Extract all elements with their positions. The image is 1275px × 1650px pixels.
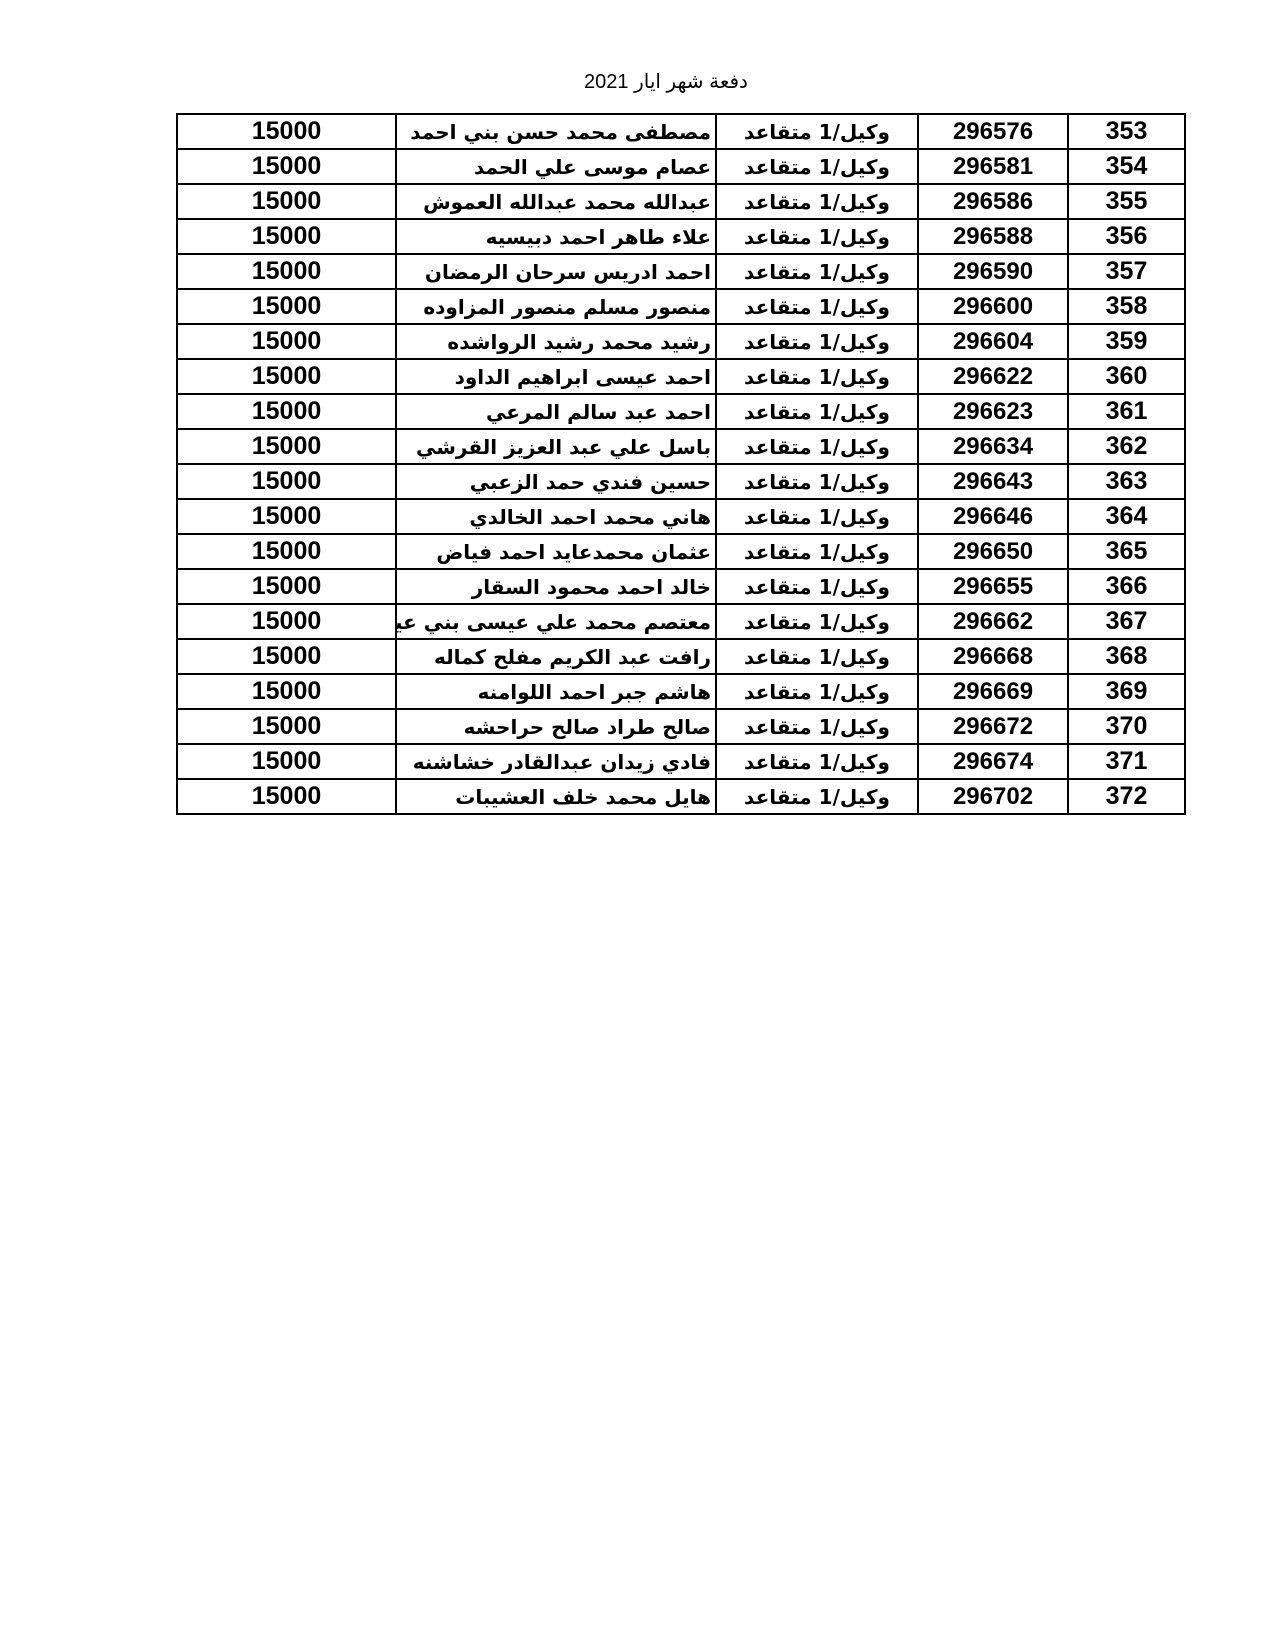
id-cell: 296672 bbox=[918, 709, 1068, 744]
amount-cell: 15000 bbox=[177, 289, 396, 324]
table-row: 15000هايل محمد خلف العشيباتوكيل/1 متقاعد… bbox=[177, 779, 1185, 814]
type-cell: وكيل/1 متقاعد bbox=[716, 429, 918, 464]
name-cell: معتصم محمد علي عيسى بني عيسى bbox=[396, 604, 716, 639]
type-cell: وكيل/1 متقاعد bbox=[716, 289, 918, 324]
table-row: 15000معتصم محمد علي عيسى بني عيسىوكيل/1 … bbox=[177, 604, 1185, 639]
amount-cell: 15000 bbox=[177, 674, 396, 709]
amount-cell: 15000 bbox=[177, 324, 396, 359]
id-cell: 296622 bbox=[918, 359, 1068, 394]
type-cell: وكيل/1 متقاعد bbox=[716, 114, 918, 149]
row-number-cell: 365 bbox=[1068, 534, 1185, 569]
table-row: 15000منصور مسلم منصور المزاودهوكيل/1 متق… bbox=[177, 289, 1185, 324]
type-cell: وكيل/1 متقاعد bbox=[716, 499, 918, 534]
type-cell: وكيل/1 متقاعد bbox=[716, 604, 918, 639]
table-row: 15000فادي زيدان عبدالقادر خشاشنهوكيل/1 م… bbox=[177, 744, 1185, 779]
type-cell: وكيل/1 متقاعد bbox=[716, 324, 918, 359]
id-cell: 296604 bbox=[918, 324, 1068, 359]
row-number-cell: 353 bbox=[1068, 114, 1185, 149]
id-cell: 296586 bbox=[918, 184, 1068, 219]
type-cell: وكيل/1 متقاعد bbox=[716, 464, 918, 499]
type-cell: وكيل/1 متقاعد bbox=[716, 184, 918, 219]
name-cell: مصطفى محمد حسن بني احمد bbox=[396, 114, 716, 149]
name-cell: رافت عبد الكريم مفلح كماله bbox=[396, 639, 716, 674]
type-cell: وكيل/1 متقاعد bbox=[716, 149, 918, 184]
id-cell: 296643 bbox=[918, 464, 1068, 499]
type-cell: وكيل/1 متقاعد bbox=[716, 709, 918, 744]
name-cell: احمد ادريس سرحان الرمضان bbox=[396, 254, 716, 289]
amount-cell: 15000 bbox=[177, 534, 396, 569]
id-cell: 296588 bbox=[918, 219, 1068, 254]
row-number-cell: 357 bbox=[1068, 254, 1185, 289]
name-cell: هايل محمد خلف العشيبات bbox=[396, 779, 716, 814]
table-row: 15000هاني محمد احمد الخالديوكيل/1 متقاعد… bbox=[177, 499, 1185, 534]
table-row: 15000رشيد محمد رشيد الرواشدهوكيل/1 متقاع… bbox=[177, 324, 1185, 359]
amount-cell: 15000 bbox=[177, 499, 396, 534]
name-cell: منصور مسلم منصور المزاوده bbox=[396, 289, 716, 324]
name-cell: احمد عبد سالم المرعي bbox=[396, 394, 716, 429]
row-number-cell: 354 bbox=[1068, 149, 1185, 184]
name-cell: خالد احمد محمود السقار bbox=[396, 569, 716, 604]
type-cell: وكيل/1 متقاعد bbox=[716, 359, 918, 394]
row-number-cell: 371 bbox=[1068, 744, 1185, 779]
type-cell: وكيل/1 متقاعد bbox=[716, 394, 918, 429]
type-cell: وكيل/1 متقاعد bbox=[716, 219, 918, 254]
id-cell: 296623 bbox=[918, 394, 1068, 429]
amount-cell: 15000 bbox=[177, 429, 396, 464]
row-number-cell: 363 bbox=[1068, 464, 1185, 499]
table-row: 15000هاشم جبر احمد اللوامنهوكيل/1 متقاعد… bbox=[177, 674, 1185, 709]
amount-cell: 15000 bbox=[177, 709, 396, 744]
type-cell: وكيل/1 متقاعد bbox=[716, 779, 918, 814]
id-cell: 296650 bbox=[918, 534, 1068, 569]
payment-table-body: 15000مصطفى محمد حسن بني احمدوكيل/1 متقاع… bbox=[177, 114, 1185, 814]
amount-cell: 15000 bbox=[177, 219, 396, 254]
id-cell: 296674 bbox=[918, 744, 1068, 779]
amount-cell: 15000 bbox=[177, 744, 396, 779]
name-cell: هاني محمد احمد الخالدي bbox=[396, 499, 716, 534]
id-cell: 296646 bbox=[918, 499, 1068, 534]
row-number-cell: 355 bbox=[1068, 184, 1185, 219]
type-cell: وكيل/1 متقاعد bbox=[716, 674, 918, 709]
id-cell: 296581 bbox=[918, 149, 1068, 184]
name-cell: باسل علي عبد العزيز القرشي bbox=[396, 429, 716, 464]
amount-cell: 15000 bbox=[177, 779, 396, 814]
row-number-cell: 361 bbox=[1068, 394, 1185, 429]
name-cell: عصام موسى علي الحمد bbox=[396, 149, 716, 184]
type-cell: وكيل/1 متقاعد bbox=[716, 744, 918, 779]
name-cell: فادي زيدان عبدالقادر خشاشنه bbox=[396, 744, 716, 779]
id-cell: 296662 bbox=[918, 604, 1068, 639]
name-cell: حسين فندي حمد الزعبي bbox=[396, 464, 716, 499]
id-cell: 296668 bbox=[918, 639, 1068, 674]
name-cell: عثمان محمدعايد احمد فياض bbox=[396, 534, 716, 569]
amount-cell: 15000 bbox=[177, 359, 396, 394]
amount-cell: 15000 bbox=[177, 114, 396, 149]
name-cell: صالح طراد صالح حراحشه bbox=[396, 709, 716, 744]
amount-cell: 15000 bbox=[177, 604, 396, 639]
name-cell: عبدالله محمد عبدالله العموش bbox=[396, 184, 716, 219]
table-row: 15000علاء طاهر احمد دبيسيهوكيل/1 متقاعد2… bbox=[177, 219, 1185, 254]
table-row: 15000رافت عبد الكريم مفلح كمالهوكيل/1 مت… bbox=[177, 639, 1185, 674]
row-number-cell: 360 bbox=[1068, 359, 1185, 394]
amount-cell: 15000 bbox=[177, 184, 396, 219]
table-row: 15000عثمان محمدعايد احمد فياضوكيل/1 متقا… bbox=[177, 534, 1185, 569]
type-cell: وكيل/1 متقاعد bbox=[716, 569, 918, 604]
name-cell: رشيد محمد رشيد الرواشده bbox=[396, 324, 716, 359]
row-number-cell: 364 bbox=[1068, 499, 1185, 534]
row-number-cell: 366 bbox=[1068, 569, 1185, 604]
row-number-cell: 368 bbox=[1068, 639, 1185, 674]
payment-table: 15000مصطفى محمد حسن بني احمدوكيل/1 متقاع… bbox=[176, 113, 1186, 815]
table-row: 15000عصام موسى علي الحمدوكيل/1 متقاعد296… bbox=[177, 149, 1185, 184]
type-cell: وكيل/1 متقاعد bbox=[716, 639, 918, 674]
row-number-cell: 356 bbox=[1068, 219, 1185, 254]
table-row: 15000احمد عبد سالم المرعيوكيل/1 متقاعد29… bbox=[177, 394, 1185, 429]
payment-table-container: 15000مصطفى محمد حسن بني احمدوكيل/1 متقاع… bbox=[176, 113, 1170, 815]
table-row: 15000حسين فندي حمد الزعبيوكيل/1 متقاعد29… bbox=[177, 464, 1185, 499]
row-number-cell: 370 bbox=[1068, 709, 1185, 744]
amount-cell: 15000 bbox=[177, 254, 396, 289]
row-number-cell: 358 bbox=[1068, 289, 1185, 324]
name-cell: علاء طاهر احمد دبيسيه bbox=[396, 219, 716, 254]
row-number-cell: 372 bbox=[1068, 779, 1185, 814]
amount-cell: 15000 bbox=[177, 639, 396, 674]
amount-cell: 15000 bbox=[177, 464, 396, 499]
table-row: 15000باسل علي عبد العزيز القرشيوكيل/1 مت… bbox=[177, 429, 1185, 464]
page-title: دفعة شهر ايار 2021 bbox=[0, 69, 1275, 94]
row-number-cell: 359 bbox=[1068, 324, 1185, 359]
table-row: 15000احمد عيسى ابراهيم الداودوكيل/1 متقا… bbox=[177, 359, 1185, 394]
id-cell: 296634 bbox=[918, 429, 1068, 464]
name-cell: هاشم جبر احمد اللوامنه bbox=[396, 674, 716, 709]
id-cell: 296655 bbox=[918, 569, 1068, 604]
row-number-cell: 369 bbox=[1068, 674, 1185, 709]
amount-cell: 15000 bbox=[177, 394, 396, 429]
id-cell: 296576 bbox=[918, 114, 1068, 149]
table-row: 15000مصطفى محمد حسن بني احمدوكيل/1 متقاع… bbox=[177, 114, 1185, 149]
row-number-cell: 367 bbox=[1068, 604, 1185, 639]
amount-cell: 15000 bbox=[177, 569, 396, 604]
id-cell: 296702 bbox=[918, 779, 1068, 814]
table-row: 15000خالد احمد محمود السقاروكيل/1 متقاعد… bbox=[177, 569, 1185, 604]
table-row: 15000احمد ادريس سرحان الرمضانوكيل/1 متقا… bbox=[177, 254, 1185, 289]
row-number-cell: 362 bbox=[1068, 429, 1185, 464]
type-cell: وكيل/1 متقاعد bbox=[716, 534, 918, 569]
id-cell: 296669 bbox=[918, 674, 1068, 709]
amount-cell: 15000 bbox=[177, 149, 396, 184]
id-cell: 296600 bbox=[918, 289, 1068, 324]
type-cell: وكيل/1 متقاعد bbox=[716, 254, 918, 289]
table-row: 15000عبدالله محمد عبدالله العموشوكيل/1 م… bbox=[177, 184, 1185, 219]
id-cell: 296590 bbox=[918, 254, 1068, 289]
table-row: 15000صالح طراد صالح حراحشهوكيل/1 متقاعد2… bbox=[177, 709, 1185, 744]
name-cell: احمد عيسى ابراهيم الداود bbox=[396, 359, 716, 394]
